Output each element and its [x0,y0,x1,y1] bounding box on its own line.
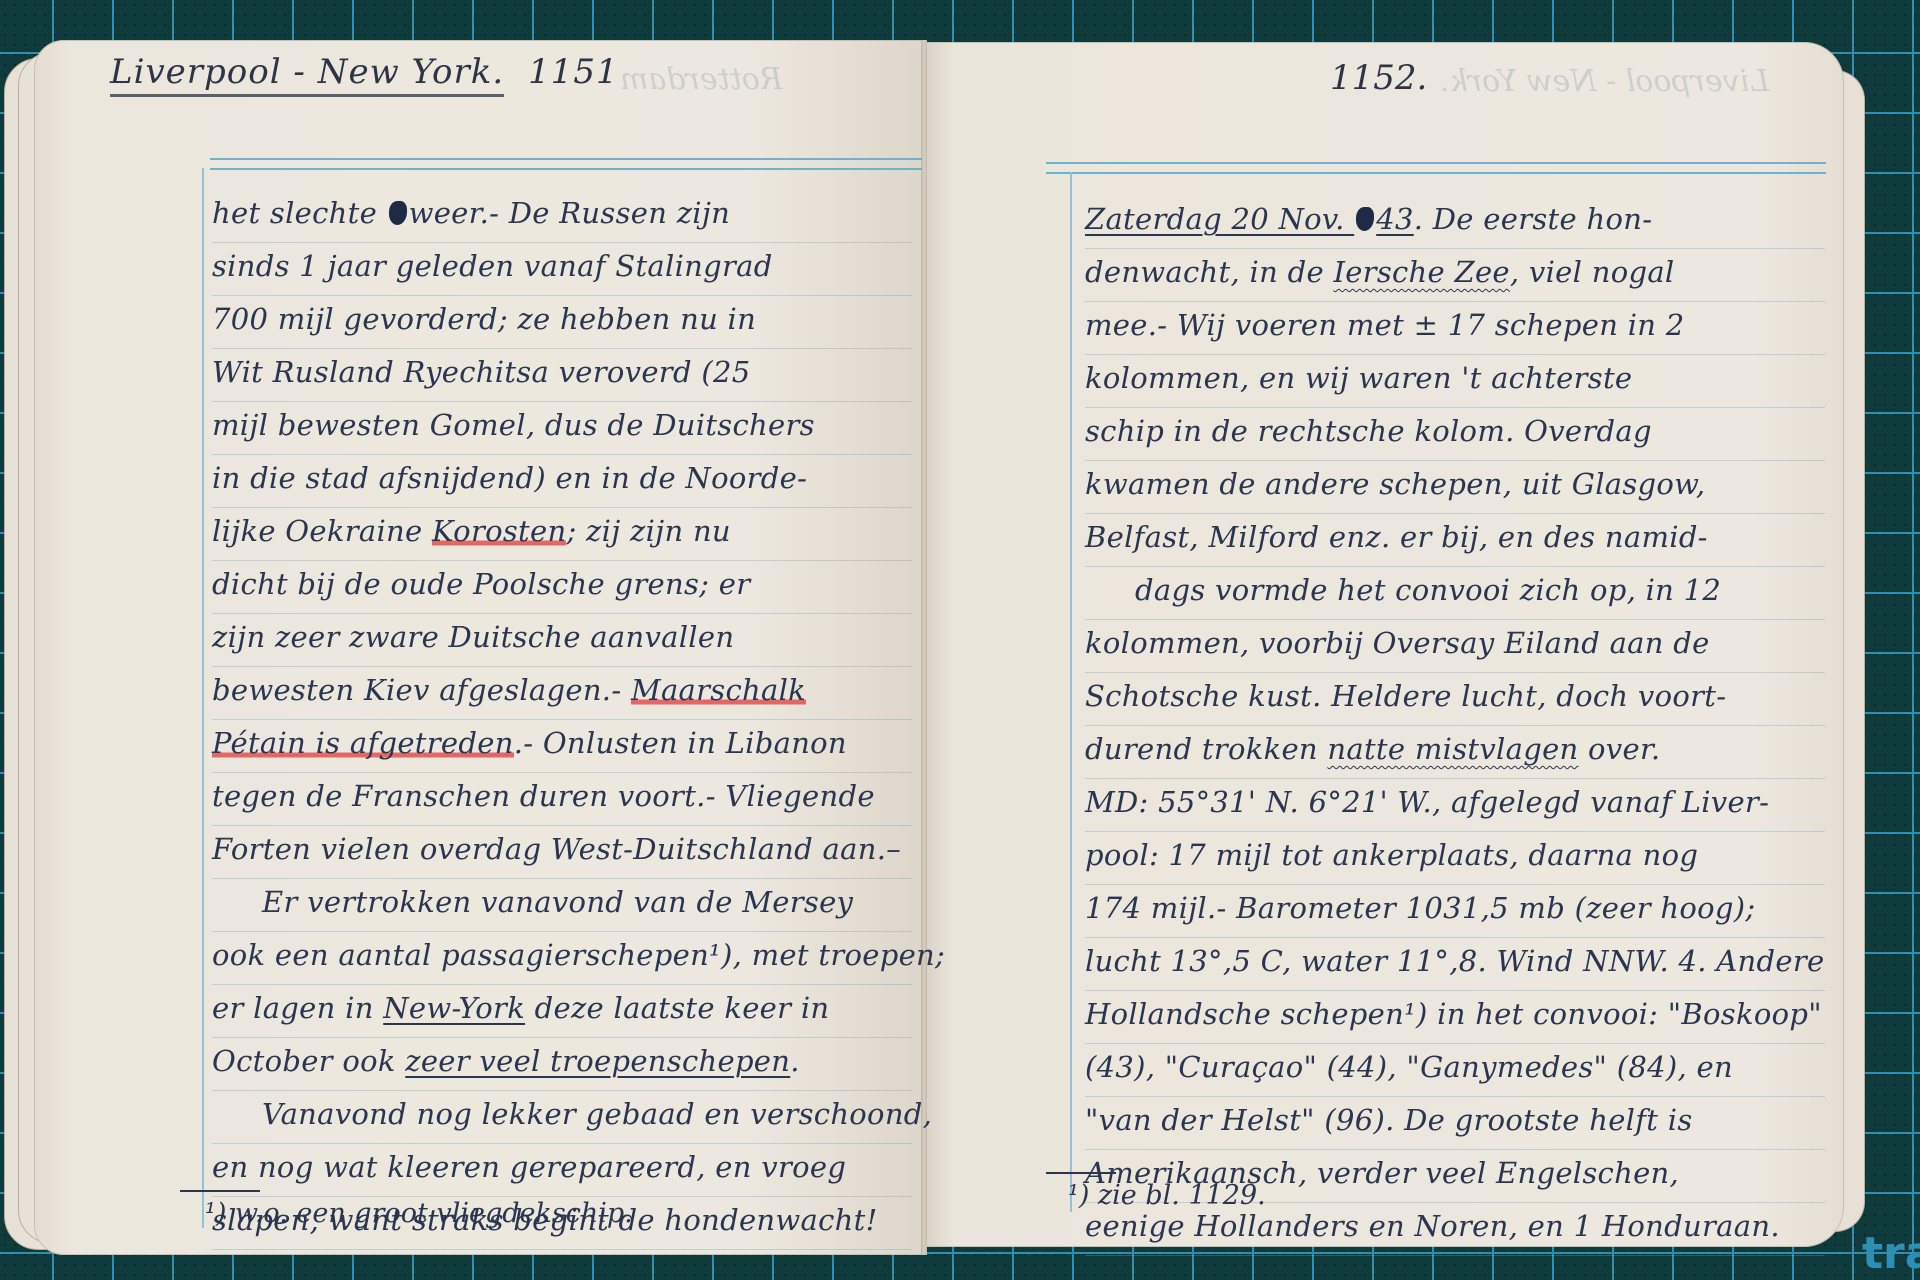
text-line: kolommen, en wij waren 't achterste [1085,355,1825,408]
bleed-through-left: Rotterdam [620,62,782,97]
footnote-right: ¹) zie bl. 1129. [1068,1180,1266,1211]
footnote-left: ¹) w.o. een groot vliegdekschip. [205,1198,633,1229]
top-rule-left [210,158,922,170]
text-line: October ook zeer veel troepenschepen. [212,1038,912,1091]
text-line: lijke Oekraine Korosten; zij zijn nu [212,508,912,561]
text-line: Belfast, Milford enz. er bij, en des nam… [1085,514,1825,567]
text-line: MD: 55°31' N. 6°21' W., afgelegd vanaf L… [1085,779,1825,832]
wavy-underline-irish-sea: Iersche Zee [1333,255,1509,289]
text-line: dags vormde het convooi zich op, in 12 [1085,567,1825,620]
text-line: "van der Helst" (96). De grootste helft … [1085,1097,1825,1150]
text-line: 174 mijl.- Barometer 1031,5 mb (zeer hoo… [1085,885,1825,938]
text-line: kwamen de andere schepen, uit Glasgow, [1085,461,1825,514]
margin-line-left [202,168,204,1228]
text-line: Forten vielen overdag West-Duitschland a… [212,826,912,879]
text-line: schip in de rechtsche kolom. Overdag [1085,408,1825,461]
red-underline-petain: Pétain is afgetreden [212,726,514,760]
ink-blot [389,201,407,225]
text-line: Vanavond nog lekker gebaad en verschoond… [212,1091,912,1144]
text-line: Schotsche kust. Heldere lucht, doch voor… [1085,673,1825,726]
underline-new-york: New-York [383,991,525,1025]
text-line: dicht bij de oude Poolsche grens; er [212,561,912,614]
date-heading: Zaterdag 20 Nov. [1085,202,1354,236]
text-line: er lagen in New-York deze laatste keer i… [212,985,912,1038]
notebook-spine [921,40,927,1255]
right-page-text: Zaterdag 20 Nov. 43. De eerste hon- denw… [1085,196,1825,1256]
ink-blot [1356,207,1374,231]
red-underline-korosten: Korosten [432,514,566,548]
text-line: tegen de Franschen duren voort.- Vliegen… [212,773,912,826]
text-line: 700 mijl gevorderd; ze hebben nu in [212,296,912,349]
left-page-text: het slechte weer.- De Russen zijn sinds … [212,190,912,1250]
text-line: Wit Rusland Ryechitsa veroverd (25 [212,349,912,402]
text-line: lucht 13°,5 C, water 11°,8. Wind NNW. 4.… [1085,938,1825,991]
top-rule-right [1046,162,1826,174]
text-line: Hollandsche schepen¹) in het convooi: "B… [1085,991,1825,1044]
text-line: mijl bewesten Gomel, dus de Duitschers [212,402,912,455]
text-line: Er vertrokken vanavond van de Mersey [212,879,912,932]
margin-line-right [1070,172,1072,1212]
text-line: het slechte weer.- De Russen zijn [212,190,912,243]
text-line: mee.- Wij voeren met ± 17 schepen in 2 [1085,302,1825,355]
footnote-rule-left [180,1190,260,1192]
text-line: in die stad afsnijdend) en in de Noorde- [212,455,912,508]
text-line: durend trokken natte mistvlagen over. [1085,726,1825,779]
text-line: bewesten Kiev afgeslagen.- Maarschalk [212,667,912,720]
text-line: Pétain is afgetreden.- Onlusten in Liban… [212,720,912,773]
text-line: en nog wat kleeren gerepareerd, en vroeg [212,1144,912,1197]
text-line: Zaterdag 20 Nov. 43. De eerste hon- [1085,196,1825,249]
text-line: pool: 17 mijl tot ankerplaats, daarna no… [1085,832,1825,885]
underline-troop-ships: zeer veel troepenschepen [405,1044,790,1078]
footnote-rule-right [1046,1172,1116,1174]
red-underline-maarschalk: Maarschalk [631,673,806,707]
text-line: kolommen, voorbij Oversay Eiland aan de [1085,620,1825,673]
page-number-left: 1151 [528,52,619,92]
text-line: sinds 1 jaar geleden vanaf Stalingrad [212,243,912,296]
route-title: Liverpool - New York. [110,52,504,97]
cutting-mat-logo: tra [1862,1228,1920,1279]
bleed-through-right: Liverpool - New York. [1440,64,1769,99]
left-page-header: Liverpool - New York.1151 [110,52,619,92]
wavy-underline-mist: natte mistvlagen [1327,732,1578,766]
text-line: ook een aantal passagierschepen¹), met t… [212,932,912,985]
page-number-right: 1152. [1330,58,1427,98]
text-line: zijn zeer zware Duitsche aanvallen [212,614,912,667]
text-line: denwacht, in de Iersche Zee, viel nogal [1085,249,1825,302]
text-line: (43), "Curaçao" (44), "Ganymedes" (84), … [1085,1044,1825,1097]
